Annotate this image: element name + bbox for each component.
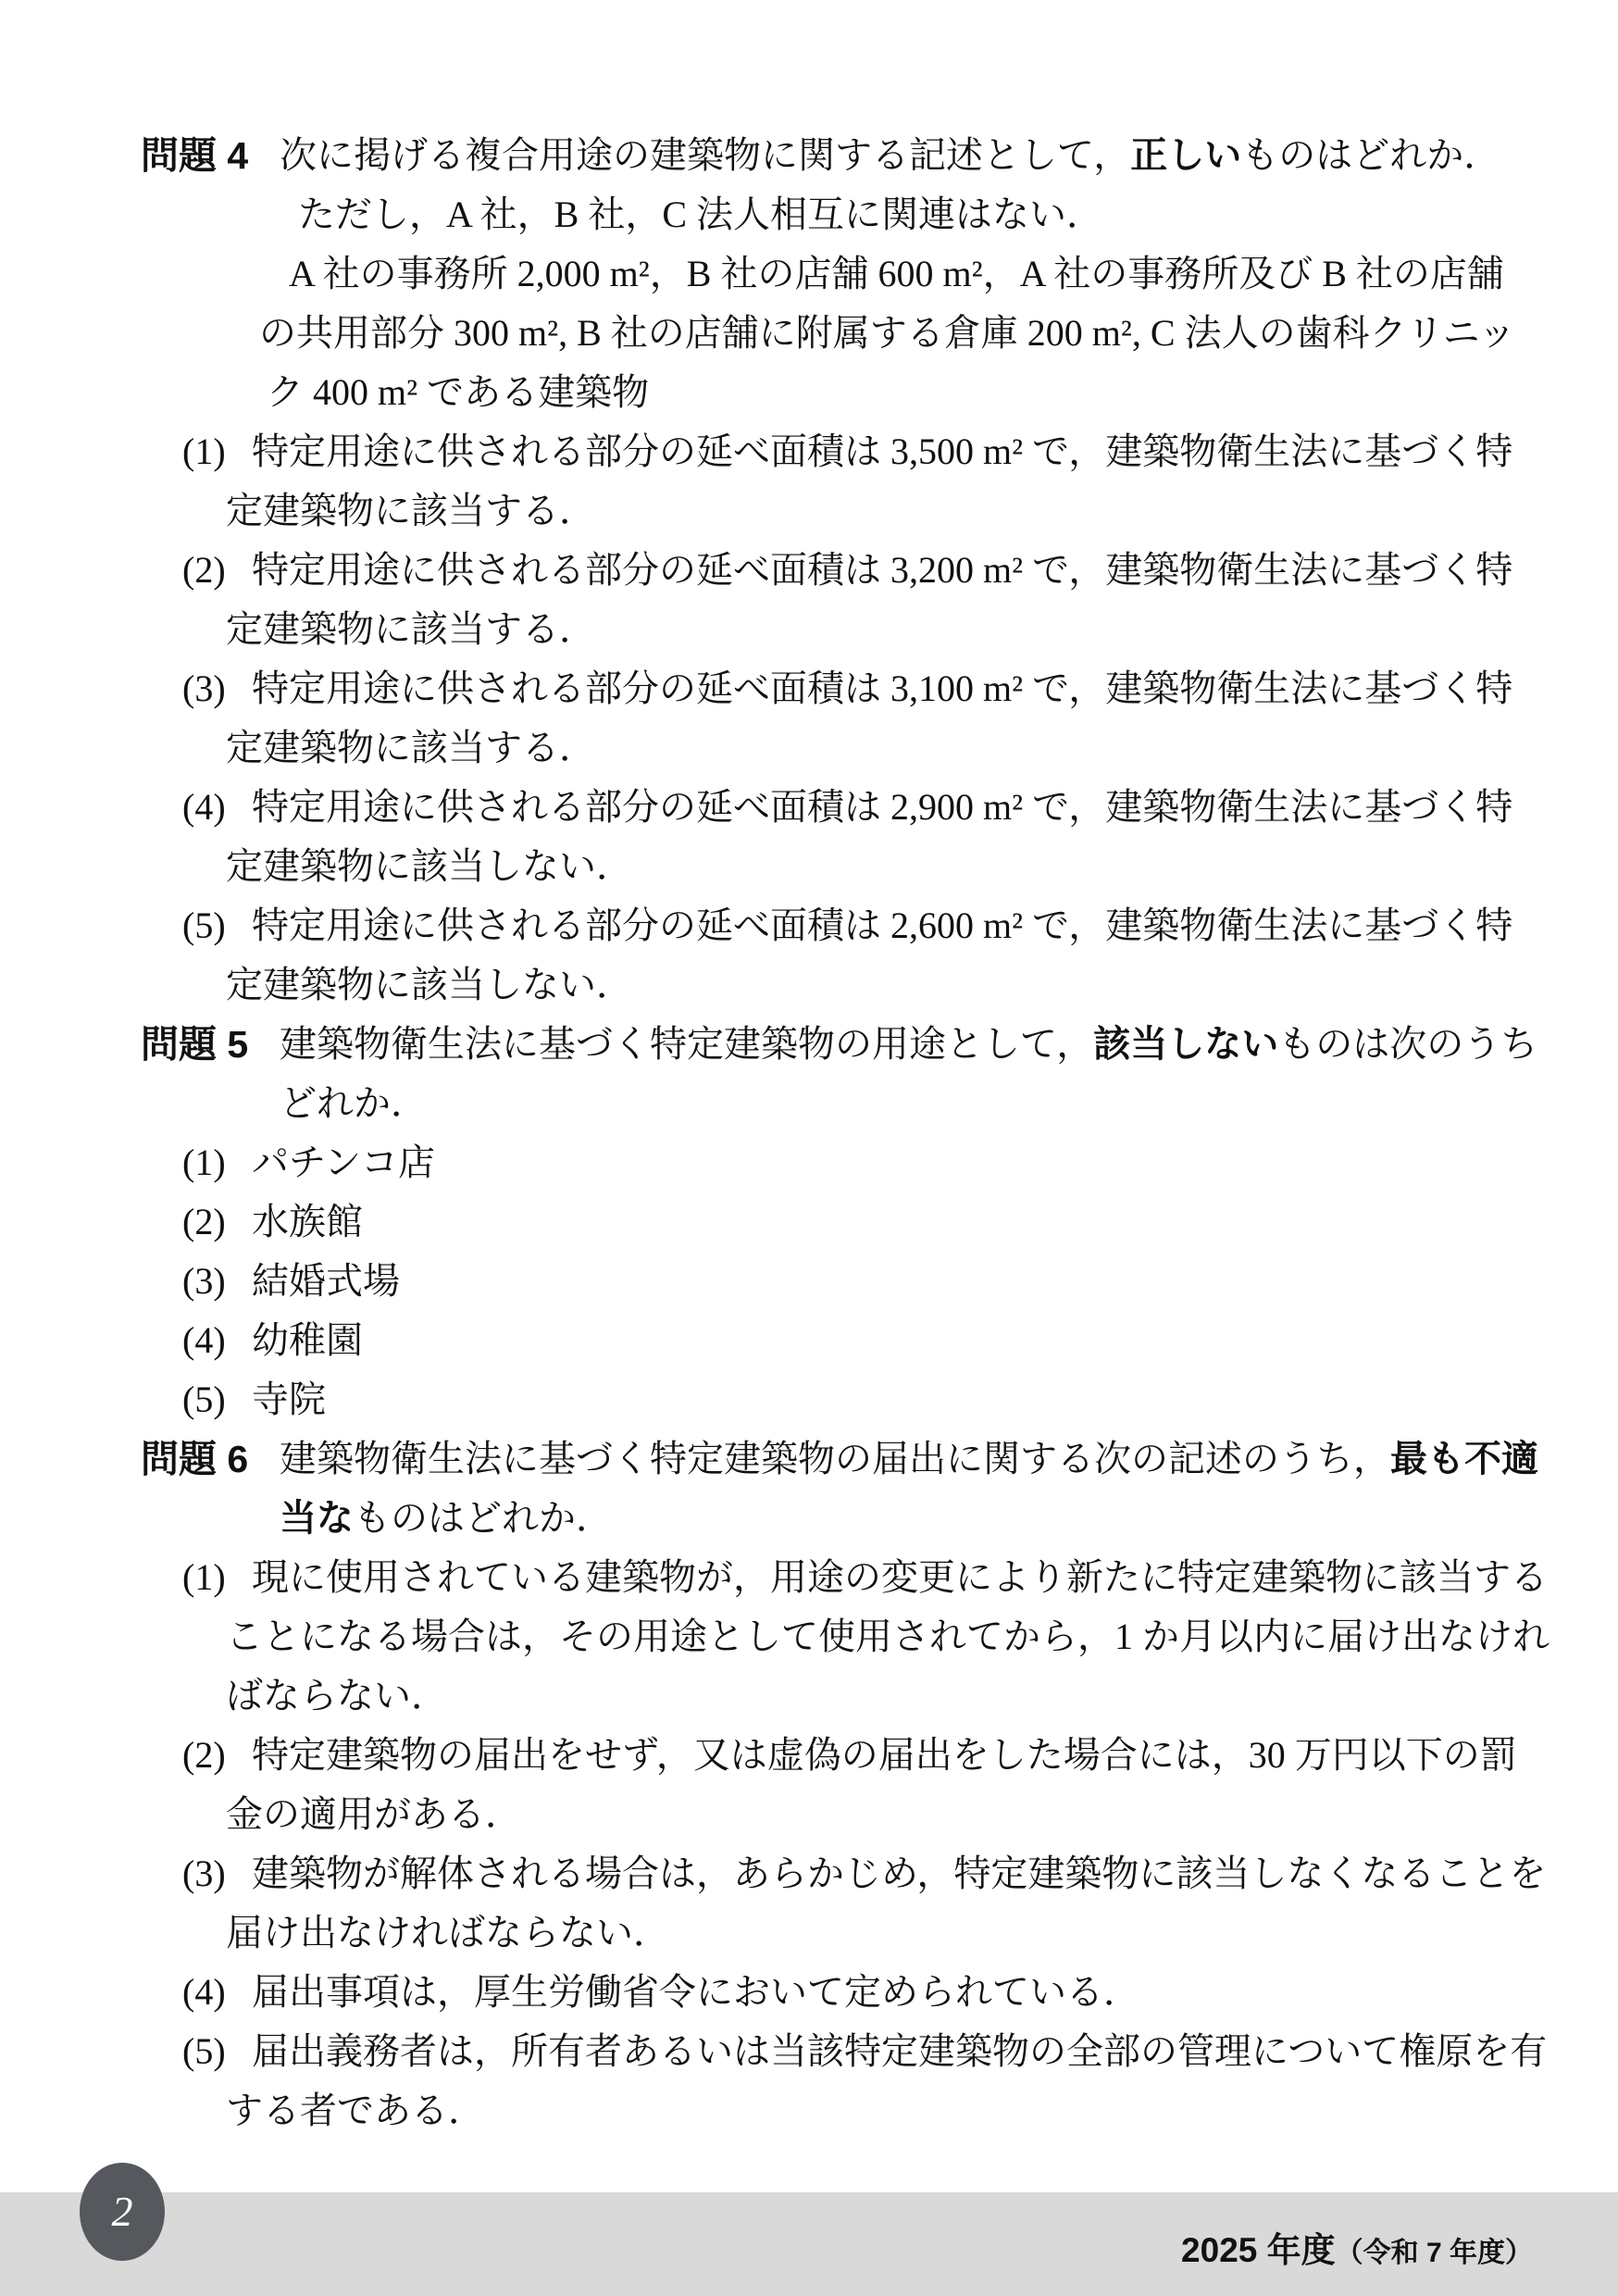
option-text: パチンコ店	[252, 1133, 435, 1192]
question-5-option-2: (2) 水族館	[0, 1192, 1618, 1252]
option-text: 寺院	[252, 1370, 326, 1429]
option-text: 結婚式場	[252, 1252, 400, 1311]
question-6-option-1: (1) 現に使用されている建築物が，用途の変更により新たに特定建築物に該当する	[0, 1548, 1618, 1607]
question-4-option-2-cont: 定建築物に該当する．	[0, 600, 1618, 659]
question-5: 問題 5 建築物衛生法に基づく特定建築物の用途として，該当しないものは次のうち …	[0, 1015, 1618, 1429]
option-number: (5)	[182, 2022, 252, 2081]
option-number: (1)	[182, 1548, 252, 1607]
question-6-option-3-cont: 届け出なければならない．	[0, 1903, 1618, 1963]
option-text: 特定用途に供される部分の延べ面積は 3,100 m² で，建築物衛生法に基づく特	[252, 659, 1512, 718]
document-page: 問題 4 次に掲げる複合用途の建築物に関する記述として，正しいものはどれか． た…	[0, 0, 1618, 2296]
question-6-option-2: (2) 特定建築物の届出をせず，又は虚偽の届出をした場合には，30 万円以下の罰	[0, 1726, 1618, 1785]
question-4: 問題 4 次に掲げる複合用途の建築物に関する記述として，正しいものはどれか． た…	[0, 126, 1618, 1015]
question-5-label: 問題 5	[141, 1015, 280, 1074]
option-text: 届出事項は，厚生労働省令において定められている．	[252, 1963, 1140, 2022]
edition-label: 2025 年度（令和 7 年度）	[1181, 2231, 1533, 2268]
question-4-description-line: ク 400 m² である建築物	[0, 363, 1618, 422]
question-5-option-4: (4) 幼稚園	[0, 1311, 1618, 1370]
question-6-label: 問題 6	[141, 1429, 280, 1489]
question-4-option-2: (2) 特定用途に供される部分の延べ面積は 3,200 m² で，建築物衛生法に…	[0, 541, 1618, 600]
question-4-option-3: (3) 特定用途に供される部分の延べ面積は 3,100 m² で，建築物衛生法に…	[0, 659, 1618, 718]
question-5-title-post: ものは次のうち	[1278, 1023, 1537, 1065]
option-number: (4)	[182, 1311, 252, 1370]
page-content: 問題 4 次に掲げる複合用途の建築物に関する記述として，正しいものはどれか． た…	[0, 126, 1618, 2140]
question-5-title-pre: 建築物衛生法に基づく特定建築物の用途として，	[280, 1023, 1093, 1065]
option-text: 現に使用されている建築物が，用途の変更により新たに特定建築物に該当する	[252, 1548, 1548, 1607]
option-text: 特定用途に供される部分の延べ面積は 2,900 m² で，建築物衛生法に基づく特	[252, 778, 1512, 837]
option-number: (5)	[182, 896, 252, 955]
option-number: (3)	[182, 1252, 252, 1311]
option-text: 特定建築物の届出をせず，又は虚偽の届出をした場合には，30 万円以下の罰	[252, 1726, 1517, 1785]
question-6-option-3: (3) 建築物が解体される場合は，あらかじめ，特定建築物に該当しなくなることを	[0, 1844, 1618, 1903]
question-4-title-pre: 次に掲げる複合用途の建築物に関する記述として，	[280, 134, 1130, 176]
option-text: 建築物が解体される場合は，あらかじめ，特定建築物に該当しなくなることを	[252, 1844, 1546, 1903]
question-6-title-cont: 当なものはどれか．	[0, 1489, 1618, 1548]
option-number: (4)	[182, 778, 252, 837]
question-5-title: 建築物衛生法に基づく特定建築物の用途として，該当しないものは次のうち	[280, 1015, 1537, 1074]
option-text: 幼稚園	[252, 1311, 363, 1370]
option-number: (2)	[182, 1192, 252, 1252]
question-6-title-cont-post: ものはどれか．	[354, 1497, 613, 1539]
question-5-title-emphasis: 該当しない	[1093, 1024, 1278, 1065]
option-number: (4)	[182, 1963, 252, 2022]
question-5-heading: 問題 5 建築物衛生法に基づく特定建築物の用途として，該当しないものは次のうち	[0, 1015, 1618, 1074]
option-number: (3)	[182, 659, 252, 718]
question-6-option-2-cont: 金の適用がある．	[0, 1785, 1618, 1844]
option-number: (5)	[182, 1370, 252, 1429]
question-5-title-cont: どれか．	[0, 1074, 1618, 1133]
option-text: 特定用途に供される部分の延べ面積は 2,600 m² で，建築物衛生法に基づく特	[252, 896, 1512, 955]
question-4-heading: 問題 4 次に掲げる複合用途の建築物に関する記述として，正しいものはどれか．	[0, 126, 1618, 185]
question-4-option-1-cont: 定建築物に該当する．	[0, 481, 1618, 541]
question-5-option-3: (3) 結婚式場	[0, 1252, 1618, 1311]
question-4-option-4: (4) 特定用途に供される部分の延べ面積は 2,900 m² で，建築物衛生法に…	[0, 778, 1618, 837]
edition-year: 2025 年度	[1181, 2231, 1336, 2269]
question-4-option-1: (1) 特定用途に供される部分の延べ面積は 3,500 m² で，建築物衛生法に…	[0, 422, 1618, 481]
option-text: 特定用途に供される部分の延べ面積は 3,200 m² で，建築物衛生法に基づく特	[252, 541, 1512, 600]
question-6-title: 建築物衛生法に基づく特定建築物の届出に関する次の記述のうち，最も不適	[280, 1429, 1538, 1489]
question-6: 問題 6 建築物衛生法に基づく特定建築物の届出に関する次の記述のうち，最も不適 …	[0, 1429, 1618, 2140]
option-number: (1)	[182, 422, 252, 481]
question-5-option-1: (1) パチンコ店	[0, 1133, 1618, 1192]
question-6-option-5-cont: する者である．	[0, 2081, 1618, 2140]
question-6-option-4: (4) 届出事項は，厚生労働省令において定められている．	[0, 1963, 1618, 2022]
option-number: (3)	[182, 1844, 252, 1903]
option-number: (2)	[182, 1726, 252, 1785]
question-6-title-cont-emphasis: 当な	[280, 1498, 354, 1539]
question-4-description-line: A 社の事務所 2,000 m²，B 社の店舗 600 m²，A 社の事務所及び…	[0, 244, 1618, 304]
question-4-label: 問題 4	[141, 126, 280, 185]
option-text: 水族館	[252, 1192, 363, 1252]
question-4-option-5-cont: 定建築物に該当しない．	[0, 955, 1618, 1015]
question-5-option-5: (5) 寺院	[0, 1370, 1618, 1429]
question-4-option-4-cont: 定建築物に該当しない．	[0, 837, 1618, 896]
question-6-heading: 問題 6 建築物衛生法に基づく特定建築物の届出に関する次の記述のうち，最も不適	[0, 1429, 1618, 1489]
question-6-option-1-cont: ばならない．	[0, 1666, 1618, 1726]
page-number-badge: 2	[80, 2163, 165, 2261]
question-4-option-3-cont: 定建築物に該当する．	[0, 718, 1618, 778]
question-6-title-pre: 建築物衛生法に基づく特定建築物の届出に関する次の記述のうち，	[280, 1438, 1390, 1479]
question-6-option-5: (5) 届出義務者は，所有者あるいは当該特定建築物の全部の管理について権原を有	[0, 2022, 1618, 2081]
question-6-option-1-cont: ことになる場合は，その用途として使用されてから，1 か月以内に届け出なけれ	[0, 1607, 1618, 1666]
edition-era: （令和 7 年度）	[1336, 2238, 1533, 2268]
question-4-option-5: (5) 特定用途に供される部分の延べ面積は 2,600 m² で，建築物衛生法に…	[0, 896, 1618, 955]
option-text: 特定用途に供される部分の延べ面積は 3,500 m² で，建築物衛生法に基づく特	[252, 422, 1512, 481]
question-4-title-emphasis: 正しい	[1130, 135, 1241, 176]
question-4-title: 次に掲げる複合用途の建築物に関する記述として，正しいものはどれか．	[280, 126, 1500, 185]
question-4-description-line: の共用部分 300 m², B 社の店舗に附属する倉庫 200 m², C 法人…	[0, 304, 1618, 363]
question-4-note: ただし，A 社，B 社，C 法人相互に関連はない．	[0, 185, 1618, 244]
option-number: (2)	[182, 541, 252, 600]
option-number: (1)	[182, 1133, 252, 1192]
page-number: 2	[112, 2190, 133, 2233]
question-6-title-emphasis: 最も不適	[1390, 1439, 1538, 1479]
question-4-title-post: ものはどれか．	[1241, 134, 1500, 176]
option-text: 届出義務者は，所有者あるいは当該特定建築物の全部の管理について権原を有	[252, 2022, 1547, 2081]
